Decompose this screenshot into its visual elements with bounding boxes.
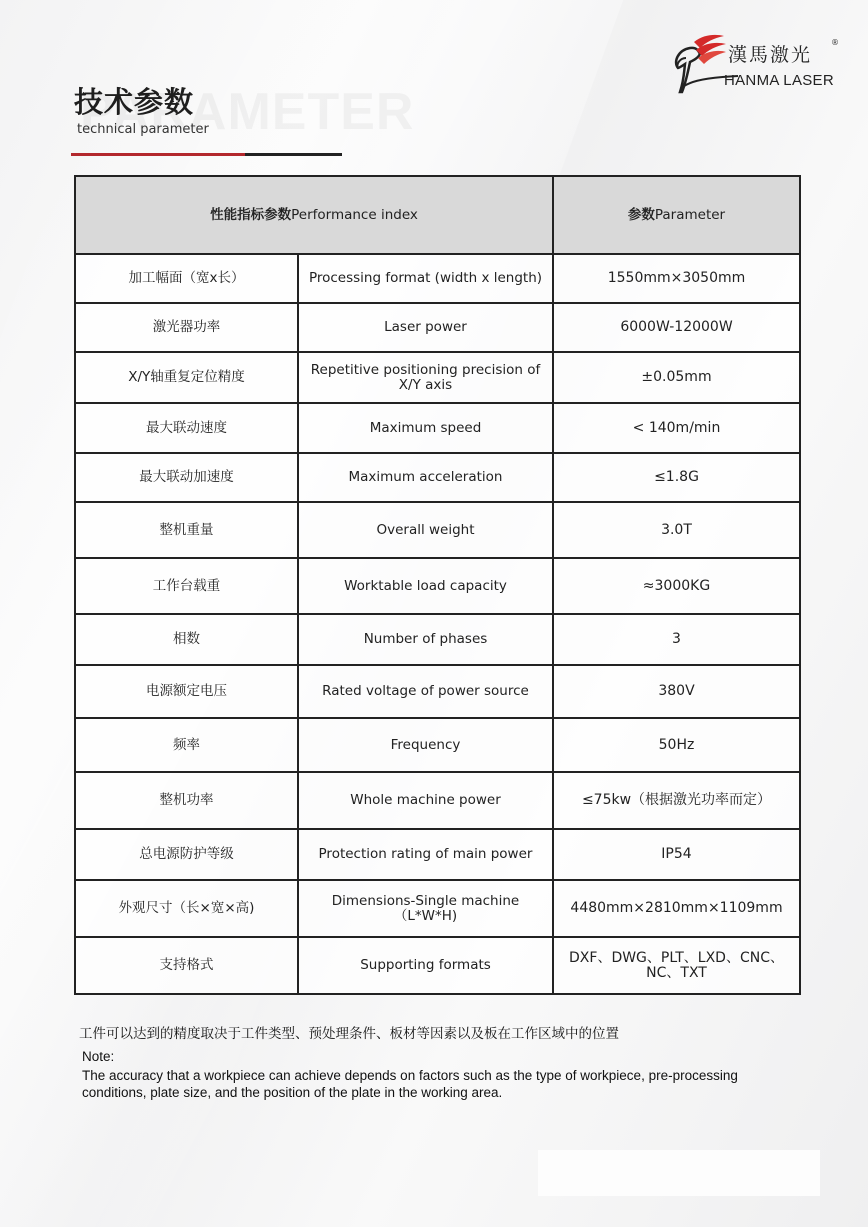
- header-parameter: 参数Parameter: [553, 176, 800, 254]
- header-param-en: Parameter: [655, 207, 725, 223]
- spec-value: ≤75kw（根据激光功率而定）: [553, 772, 800, 829]
- spec-name-en: Number of phases: [298, 614, 553, 665]
- spec-value: 6000W-12000W: [553, 303, 800, 352]
- note-en: The accuracy that a workpiece can achiev…: [82, 1067, 802, 1101]
- spec-value: 380V: [553, 665, 800, 718]
- table-row: 加工幅面（宽x长）Processing format (width x leng…: [75, 254, 800, 303]
- table-row: 最大联动速度Maximum speed< 140m/min: [75, 403, 800, 453]
- spec-value: 3: [553, 614, 800, 665]
- page-subtitle: technical parameter: [77, 122, 209, 137]
- spec-name-en: Maximum speed: [298, 403, 553, 453]
- spec-name-cn: 电源额定电压: [75, 665, 298, 718]
- spec-name-cn: 激光器功率: [75, 303, 298, 352]
- spec-name-en: Supporting formats: [298, 937, 553, 994]
- spec-name-en: Worktable load capacity: [298, 558, 553, 614]
- spec-name-en: Whole machine power: [298, 772, 553, 829]
- table-row: 整机功率Whole machine power≤75kw（根据激光功率而定）: [75, 772, 800, 829]
- brand-name-en: HANMA LASER: [724, 72, 834, 89]
- spec-name-cn: 整机重量: [75, 502, 298, 558]
- note-cn: 工件可以达到的精度取决于工件类型、预处理条件、板材等因素以及板在工作区域中的位置: [79, 1022, 619, 1042]
- spec-value: 1550mm×3050mm: [553, 254, 800, 303]
- title-underline-black: [245, 153, 342, 156]
- table-row: 频率Frequency50Hz: [75, 718, 800, 772]
- spec-value: DXF、DWG、PLT、LXD、CNC、NC、TXT: [553, 937, 800, 994]
- table-row: 电源额定电压Rated voltage of power source380V: [75, 665, 800, 718]
- spec-name-en: Overall weight: [298, 502, 553, 558]
- spec-value: IP54: [553, 829, 800, 880]
- spec-name-en: Maximum acceleration: [298, 453, 553, 502]
- title-underline-red: [71, 153, 245, 156]
- header-index-en: Performance index: [291, 207, 418, 223]
- spec-name-cn: 支持格式: [75, 937, 298, 994]
- table-header-row: 性能指标参数Performance index 参数Parameter: [75, 176, 800, 254]
- spec-name-cn: 最大联动加速度: [75, 453, 298, 502]
- spec-name-cn: 最大联动速度: [75, 403, 298, 453]
- spec-value: ≤1.8G: [553, 453, 800, 502]
- table-row: 工作台载重Worktable load capacity≈3000KG: [75, 558, 800, 614]
- spec-name-cn: 工作台载重: [75, 558, 298, 614]
- spec-name-cn: 整机功率: [75, 772, 298, 829]
- header-performance-index: 性能指标参数Performance index: [75, 176, 553, 254]
- spec-name-en: Protection rating of main power: [298, 829, 553, 880]
- table-row: 外观尺寸（长×宽×高)Dimensions-Single machine（L*W…: [75, 880, 800, 937]
- spec-name-cn: 加工幅面（宽x长）: [75, 254, 298, 303]
- table-row: 总电源防护等级Protection rating of main powerIP…: [75, 829, 800, 880]
- brand-logo: 漢馬激光 ® HANMA LASER: [668, 28, 848, 98]
- spec-value: < 140m/min: [553, 403, 800, 453]
- spec-value: 3.0T: [553, 502, 800, 558]
- blank-panel: [538, 1150, 820, 1196]
- spec-name-en: Processing format (width x length): [298, 254, 553, 303]
- spec-value: ±0.05mm: [553, 352, 800, 403]
- spec-name-cn: 总电源防护等级: [75, 829, 298, 880]
- spec-name-en: Frequency: [298, 718, 553, 772]
- spec-value: 4480mm×2810mm×1109mm: [553, 880, 800, 937]
- header-index-cn: 性能指标参数: [210, 207, 291, 223]
- spec-value: 50Hz: [553, 718, 800, 772]
- table-row: 最大联动加速度Maximum acceleration≤1.8G: [75, 453, 800, 502]
- table-row: 激光器功率Laser power6000W-12000W: [75, 303, 800, 352]
- spec-name-cn: 相数: [75, 614, 298, 665]
- registered-mark: ®: [831, 38, 839, 47]
- table-row: 相数Number of phases3: [75, 614, 800, 665]
- spec-value: ≈3000KG: [553, 558, 800, 614]
- table-row: 支持格式Supporting formatsDXF、DWG、PLT、LXD、CN…: [75, 937, 800, 994]
- spec-name-cn: 频率: [75, 718, 298, 772]
- table-row: 整机重量Overall weight3.0T: [75, 502, 800, 558]
- table-body: 加工幅面（宽x长）Processing format (width x leng…: [75, 254, 800, 994]
- brand-name-cn: 漢馬激光: [728, 40, 812, 67]
- spec-name-en: Laser power: [298, 303, 553, 352]
- spec-table: 性能指标参数Performance index 参数Parameter 加工幅面…: [74, 175, 801, 995]
- table-row: X/Y轴重复定位精度Repetitive positioning precisi…: [75, 352, 800, 403]
- spec-name-en: Dimensions-Single machine（L*W*H): [298, 880, 553, 937]
- header-param-cn: 参数: [628, 207, 655, 223]
- spec-name-cn: 外观尺寸（长×宽×高): [75, 880, 298, 937]
- spec-name-en: Repetitive positioning precision of X/Y …: [298, 352, 553, 403]
- spec-name-en: Rated voltage of power source: [298, 665, 553, 718]
- page-title: 技术参数: [74, 80, 194, 121]
- spec-name-cn: X/Y轴重复定位精度: [75, 352, 298, 403]
- note-label: Note:: [82, 1049, 114, 1064]
